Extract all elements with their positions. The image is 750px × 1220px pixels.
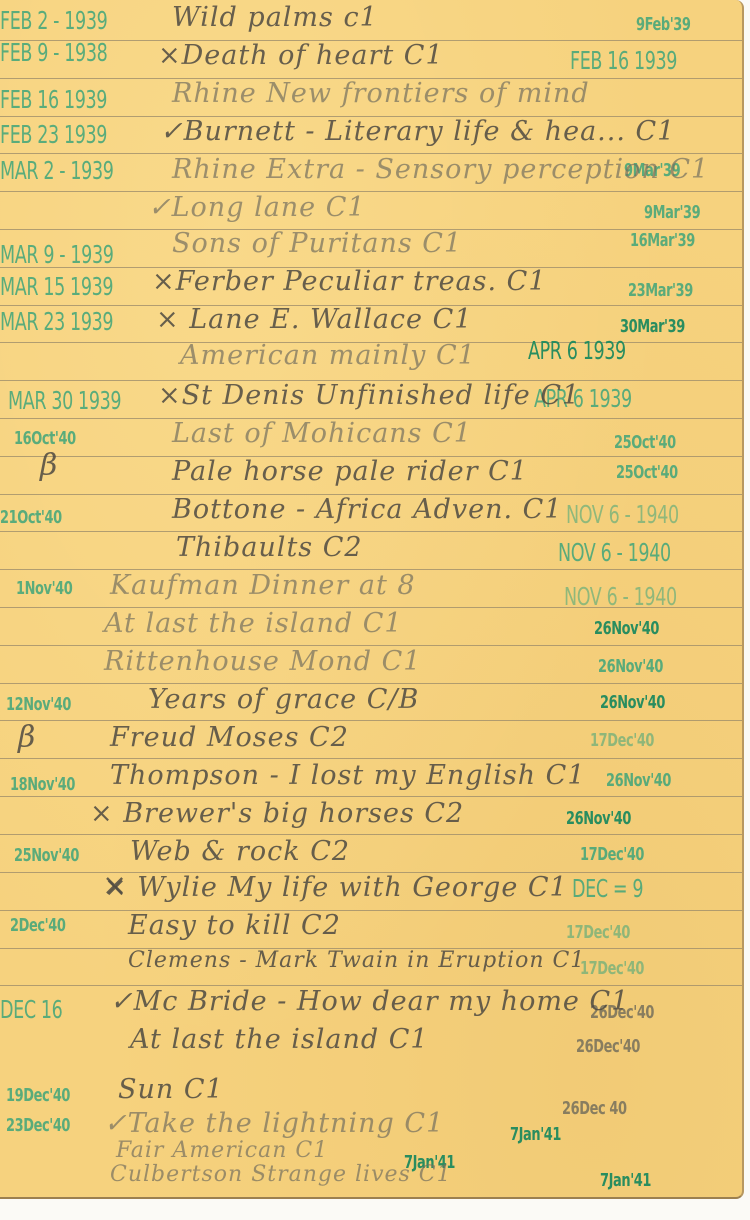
right-date-stamp: DEC = 9: [572, 874, 643, 903]
ruled-line: [0, 758, 742, 759]
handwritten-book-entry: Thompson - I lost my English C1: [110, 760, 586, 791]
left-date-stamp: 18Nov'40: [10, 774, 75, 795]
right-date-stamp: 7Jan'41: [510, 1124, 561, 1145]
library-due-date-card: FEB 2 - 1939FEB 9 - 1938FEB 16 1939FEB 2…: [0, 0, 744, 1199]
handwritten-book-entry: American mainly C1: [180, 340, 476, 371]
ruled-line: [0, 720, 742, 721]
handwritten-book-entry: Rittenhouse Mond C1: [104, 646, 421, 677]
left-date-stamp: DEC 16: [0, 995, 62, 1024]
left-date-stamp: FEB 2 - 1939: [0, 6, 107, 35]
right-date-stamp: 26Nov'40: [566, 808, 631, 829]
ruled-line: [0, 910, 742, 911]
left-date-stamp: 1Nov'40: [16, 578, 72, 599]
handwritten-book-entry: ×St Denis Unfinished life C1: [158, 380, 580, 411]
right-date-stamp: FEB 16 1939: [570, 46, 677, 75]
handwritten-book-entry: × Lane E. Wallace C1: [156, 304, 472, 335]
handwritten-book-entry: Thibaults C2: [176, 532, 363, 563]
ruled-line: [0, 834, 742, 835]
handwritten-book-entry: Web & rock C2: [130, 836, 350, 867]
left-date-stamp: MAR 23 1939: [0, 307, 113, 336]
left-date-stamp: 21Oct'40: [0, 507, 62, 528]
left-date-stamp: 2Dec'40: [10, 915, 65, 936]
handwritten-book-entry: Rhine Extra - Sensory perception C1: [172, 154, 709, 185]
left-date-stamp: 12Nov'40: [6, 694, 71, 715]
handwritten-book-entry: Wild palms c1: [172, 2, 378, 33]
handwritten-book-entry: × Wylie My life with George C1: [104, 872, 568, 903]
right-date-stamp: 25Oct'40: [616, 462, 678, 483]
right-date-stamp: 9Feb'39: [636, 14, 691, 35]
right-date-stamp: 26Nov'40: [594, 618, 659, 639]
right-date-stamp: 17Dec'40: [580, 958, 644, 979]
margin-mark: β: [40, 448, 57, 483]
handwritten-book-entry: ×Ferber Peculiar treas. C1: [152, 266, 547, 297]
handwritten-book-entry: Sun C1: [118, 1074, 224, 1105]
left-date-stamp: 19Dec'40: [6, 1085, 70, 1106]
right-date-stamp: 25Oct'40: [614, 432, 676, 453]
handwritten-book-entry: Years of grace C/B: [148, 684, 419, 715]
left-date-stamp: MAR 15 1939: [0, 272, 113, 301]
right-date-stamp: 7Jan'41: [600, 1170, 651, 1191]
left-date-stamp: FEB 9 - 1938: [0, 38, 107, 67]
right-date-stamp: 26Dec 40: [562, 1098, 627, 1119]
right-date-stamp: 26Nov'40: [598, 656, 663, 677]
right-date-stamp: 17Dec'40: [590, 730, 654, 751]
right-date-stamp: APR 6 1939: [528, 336, 626, 365]
ruled-line: [0, 796, 742, 797]
handwritten-book-entry: Bottone - Africa Adven. C1: [172, 494, 562, 525]
handwritten-book-entry: ✓Long lane C1: [148, 192, 366, 223]
left-date-stamp: 25Nov'40: [14, 845, 79, 866]
handwritten-book-entry: ✓Take the lightning C1: [104, 1108, 444, 1139]
right-date-stamp: 26Dec'40: [576, 1036, 640, 1057]
left-date-stamp: 16Oct'40: [14, 428, 76, 449]
handwritten-book-entry: At last the island C1: [130, 1024, 429, 1055]
handwritten-book-entry: Fair American C1: [116, 1138, 328, 1163]
left-date-stamp: MAR 2 - 1939: [0, 156, 113, 185]
right-date-stamp: 30Mar'39: [620, 316, 685, 337]
handwritten-book-entry: Pale horse pale rider C1: [172, 456, 528, 487]
right-date-stamp: 26Nov'40: [600, 692, 665, 713]
handwritten-book-entry: Kaufman Dinner at 8: [110, 570, 416, 601]
handwritten-book-entry: Sons of Puritans C1: [172, 228, 462, 259]
ruled-line: [0, 191, 742, 192]
handwritten-book-entry: ×Death of heart C1: [158, 40, 444, 71]
handwritten-book-entry: At last the island C1: [104, 608, 403, 639]
handwritten-book-entry: Clemens - Mark Twain in Eruption C1: [128, 948, 585, 973]
ruled-line: [0, 531, 742, 532]
right-date-stamp: 17Dec'40: [566, 922, 630, 943]
left-date-stamp: 23Dec'40: [6, 1115, 70, 1136]
right-date-stamp: 16Mar'39: [630, 230, 695, 251]
left-date-stamp: FEB 16 1939: [0, 85, 107, 114]
right-date-stamp: NOV 6 - 1940: [564, 582, 677, 611]
handwritten-book-entry: ✓Mc Bride - How dear my home C1: [110, 986, 629, 1017]
handwritten-book-entry: × Brewer's big horses C2: [90, 798, 464, 829]
right-date-stamp: 17Dec'40: [580, 844, 644, 865]
handwritten-book-entry: Last of Mohicans C1: [172, 418, 472, 449]
handwritten-book-entry: Rhine New frontiers of mind: [172, 78, 590, 109]
handwritten-book-entry: Freud Moses C2: [110, 722, 349, 753]
handwritten-book-entry: Easy to kill C2: [128, 910, 341, 941]
margin-mark: β: [18, 720, 35, 755]
handwritten-book-entry: ✓Burnett - Literary life & hea... C1: [160, 116, 675, 147]
left-date-stamp: MAR 30 1939: [8, 386, 121, 415]
left-date-stamp: FEB 23 1939: [0, 120, 107, 149]
right-date-stamp: NOV 6 - 1940: [558, 538, 671, 567]
handwritten-book-entry: Culbertson Strange lives C1: [110, 1162, 452, 1187]
left-date-stamp: MAR 9 - 1939: [0, 240, 113, 269]
right-date-stamp: 9Mar'39: [644, 202, 700, 223]
right-date-stamp: 23Mar'39: [628, 280, 693, 301]
right-date-stamp: 26Nov'40: [606, 770, 671, 791]
right-date-stamp: NOV 6 - 1940: [566, 500, 679, 529]
